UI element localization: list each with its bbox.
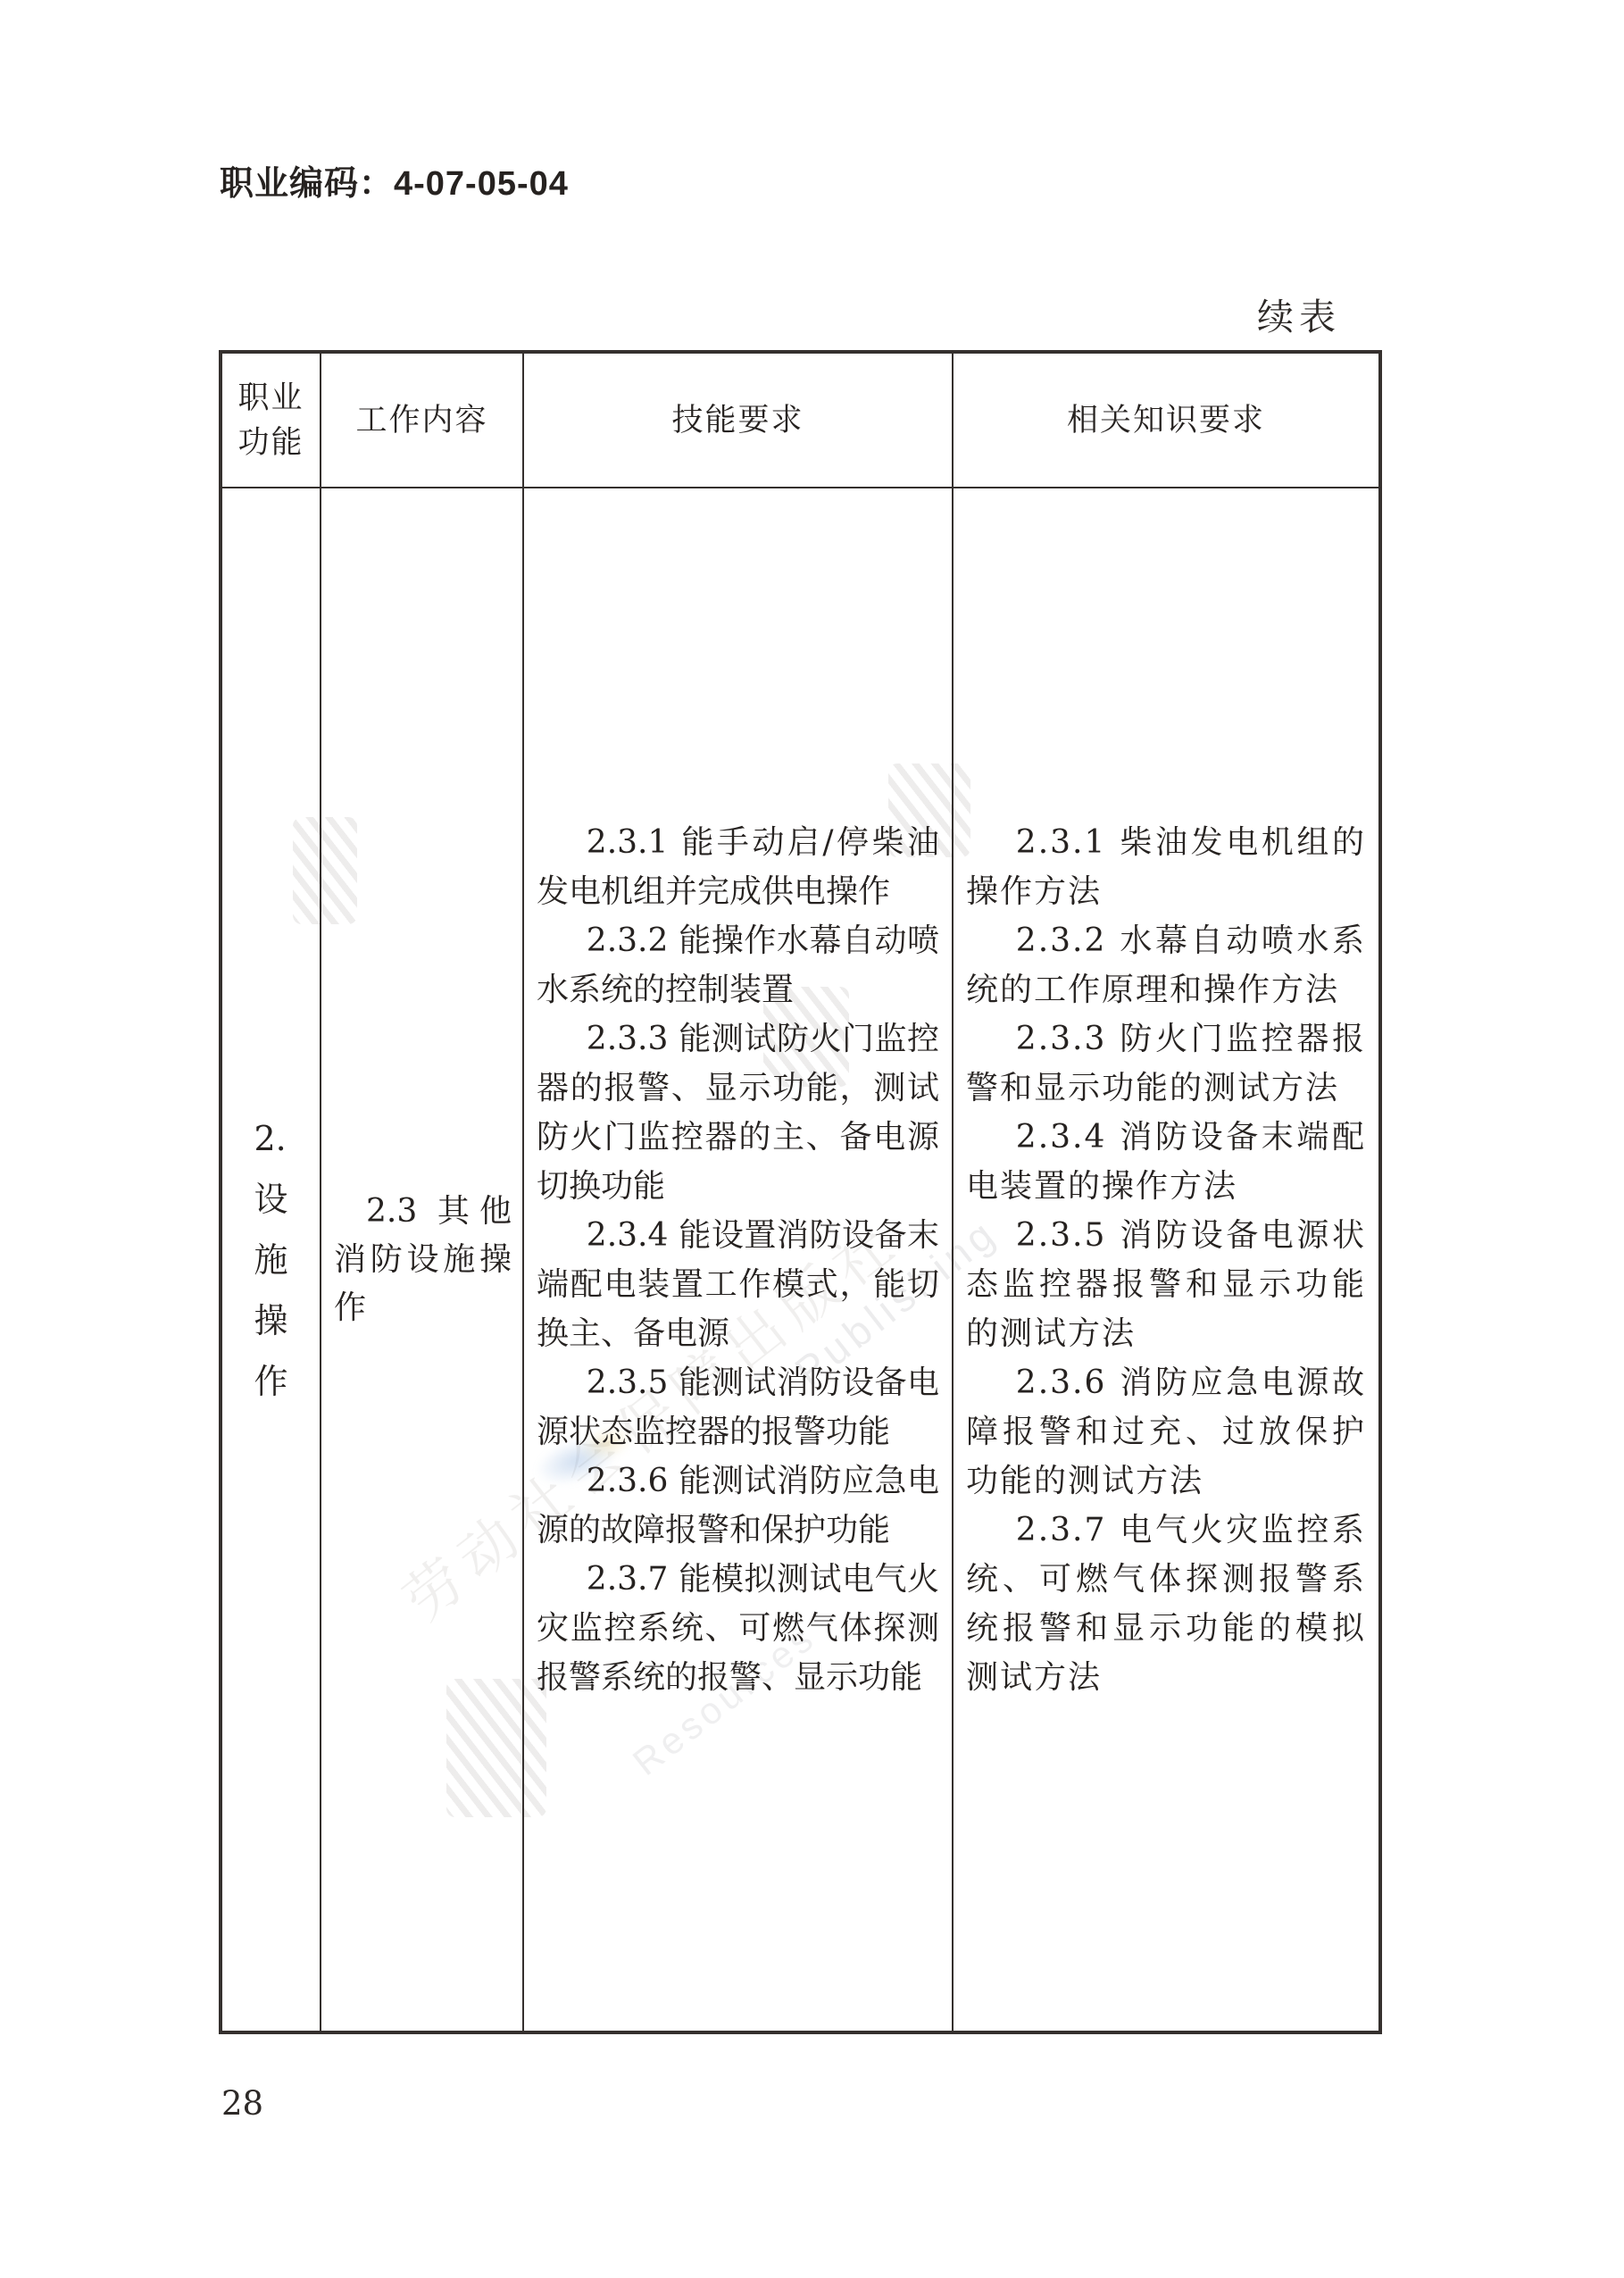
header-occupational-function: 职业功能 <box>222 354 321 488</box>
header-label: 相关知识要求 <box>1062 398 1270 443</box>
header-label: 工作内容 <box>350 398 493 443</box>
occupation-code-header: 职业编码：4-07-05-04 <box>220 155 569 204</box>
continued-table-label: 续表 <box>1257 288 1341 340</box>
skill-item: 2.3.2 能操作水幕自动喷水系统的控制装置 <box>537 916 939 1014</box>
header-skill-requirements: 技能要求 <box>524 354 954 488</box>
knowledge-item: 2.3.1 柴油发电机组的操作方法 <box>966 818 1366 916</box>
work-content-text: 2.3 其他消防设施操作 <box>321 1188 522 1332</box>
function-cell: 2. 设 施 操 作 <box>222 488 321 2031</box>
header-label: 职业功能 <box>222 376 320 465</box>
page-number: 28 <box>221 2084 263 2123</box>
function-line: 作 <box>254 1351 287 1412</box>
skill-item: 2.3.6 能测试消防应急电源的故障报警和保护功能 <box>537 1456 939 1555</box>
function-line: 设 <box>254 1169 287 1230</box>
function-line: 施 <box>254 1230 287 1290</box>
skill-item: 2.3.4 能设置消防设备末端配电装置工作模式，能切换主、备电源 <box>537 1211 939 1358</box>
function-vertical-label: 2. 设 施 操 作 <box>254 1108 287 1412</box>
skill-item: 2.3.1 能手动启/停柴油发电机组并完成供电操作 <box>537 818 939 916</box>
work-content-cell: 2.3 其他消防设施操作 <box>321 488 524 2031</box>
knowledge-item: 2.3.5 消防设备电源状态监控器报警和显示功能的测试方法 <box>966 1211 1366 1358</box>
header-work-content: 工作内容 <box>321 354 524 488</box>
function-line: 2. <box>254 1108 286 1169</box>
function-line: 操 <box>254 1290 287 1351</box>
knowledge-item: 2.3.6 消防应急电源故障报警和过充、过放保护功能的测试方法 <box>966 1358 1366 1506</box>
skill-item: 2.3.3 能测试防火门监控器的报警、显示功能，测试防火门监控器的主、备电源切换… <box>537 1014 939 1211</box>
header-knowledge-requirements: 相关知识要求 <box>954 354 1378 488</box>
knowledge-item: 2.3.3 防火门监控器报警和显示功能的测试方法 <box>966 1014 1366 1113</box>
skill-item: 2.3.7 能模拟测试电气火灾监控系统、可燃气体探测报警系统的报警、显示功能 <box>537 1555 939 1702</box>
skill-requirements-cell: 2.3.1 能手动启/停柴油发电机组并完成供电操作 2.3.2 能操作水幕自动喷… <box>524 488 954 2031</box>
header-label: 技能要求 <box>666 398 809 443</box>
knowledge-item: 2.3.4 消防设备末端配电装置的操作方法 <box>966 1113 1366 1211</box>
book-page: { "page": { "occupation_code": "职业编码：4-0… <box>0 0 1624 2278</box>
knowledge-requirements-cell: 2.3.1 柴油发电机组的操作方法 2.3.2 水幕自动喷水系统的工作原理和操作… <box>954 488 1378 2031</box>
skill-item: 2.3.5 能测试消防设备电源状态监控器的报警功能 <box>537 1358 939 1456</box>
occupational-standard-table: 职业功能 工作内容 技能要求 相关知识要求 2. 设 施 操 作 2.3 其他消… <box>219 350 1382 2034</box>
knowledge-item: 2.3.2 水幕自动喷水系统的工作原理和操作方法 <box>966 916 1366 1014</box>
knowledge-item: 2.3.7 电气火灾监控系统、可燃气体探测报警系统报警和显示功能的模拟测试方法 <box>966 1506 1366 1702</box>
